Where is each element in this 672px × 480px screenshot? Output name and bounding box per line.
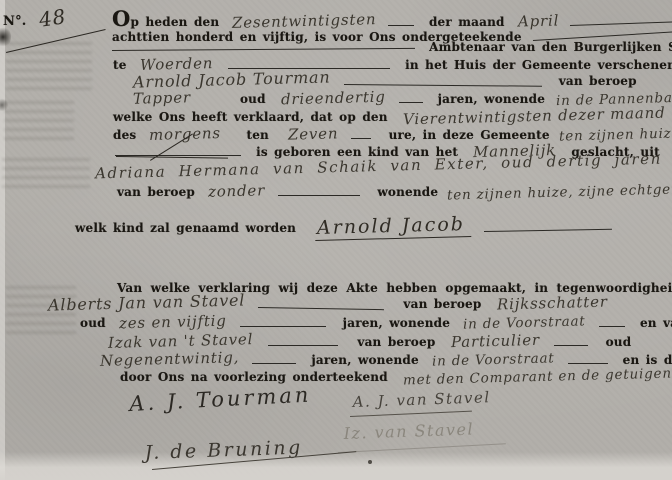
printed-text: oud (80, 316, 106, 330)
declarant-occupation-line: Tapper oud drieendertig jaren, wonende i… (133, 88, 672, 107)
printed-text: en van (640, 316, 672, 330)
blank-rule (399, 93, 423, 103)
blank-rule (599, 317, 625, 327)
printed-text: van beroep (403, 297, 481, 311)
blank-rule (252, 354, 296, 364)
printed-text: door Ons na voorlezing onderteekend (120, 370, 388, 384)
declarant-name-line: Arnold Jacob Tourman van beroep (133, 70, 637, 89)
bleed-through-mark (6, 38, 92, 96)
printed-text: jaren, wonende (438, 92, 545, 106)
blank-rule (115, 146, 241, 156)
child-name-handwritten: Arnold Jacob (315, 213, 472, 241)
blank-rule (554, 336, 588, 346)
blank-rule (344, 75, 542, 87)
handwritten-text: zonder (208, 181, 265, 200)
handwritten-text: ten zijnen huize, zijne echtgenoote (447, 181, 672, 204)
blank-rule (484, 220, 612, 232)
blank-rule (258, 298, 384, 310)
handwritten-text: met den Comparant en de getuigen (403, 365, 672, 388)
printed-text: welk kind zal genaamd worden (75, 221, 296, 235)
blank-rule (388, 16, 414, 26)
comparant-signature: A. J. Tourman (129, 382, 312, 416)
handwritten-text: Rijksschatter (496, 293, 607, 314)
printed-text: oud (606, 335, 632, 349)
act-number: N°. 48 (3, 6, 66, 30)
bleed-through-mark (2, 152, 90, 194)
printed-text: ten (246, 128, 269, 142)
printed-text: jaren, wonende (311, 353, 418, 367)
printed-text: van beroep (117, 185, 195, 199)
printed-text: van beroep (559, 74, 637, 88)
blank-rule (351, 129, 371, 139)
printed-text: jaren, wonende (343, 316, 450, 330)
birth-certificate-scan: N°. 48 Op heden den Zesentwintigsten der… (0, 0, 672, 480)
blank-rule (268, 336, 338, 346)
paper-bottom-edge (0, 452, 672, 480)
printed-text: van beroep (357, 335, 435, 349)
act-number-label: N°. (3, 14, 27, 29)
blank-rule (240, 317, 326, 327)
printed-text: ure, in deze Gemeente (389, 128, 550, 142)
closing-line: door Ons na voorlezing onderteekend met … (120, 366, 672, 385)
act-number-value: 48 (37, 4, 67, 32)
blank-rule (112, 39, 415, 51)
bleed-through-mark (4, 98, 74, 146)
printed-text: wonende (377, 185, 438, 199)
witness2-signature: Iz. van Stavel (343, 419, 474, 443)
official-title-line: Ambtenaar van den Burgerlijken Stand (112, 36, 672, 55)
witness2-name-line: Izak van 't Stavel van beroep Particulie… (108, 331, 631, 350)
signature-underline (350, 411, 472, 417)
blank-rule (568, 354, 608, 364)
ink-dot (368, 460, 372, 464)
witness1-name-line: Alberts Jan van Stavel van beroep Rijkss… (48, 293, 607, 312)
paper-left-edge (0, 0, 5, 480)
blank-rule (278, 186, 360, 196)
printed-text: te (113, 58, 127, 72)
declaration-date-line: welke Ons heeft verklaard, dat op den Vi… (113, 106, 665, 125)
printed-text: des (113, 128, 136, 142)
mother-name-line: Adriana Hermana van Schaik van Exter, ou… (95, 156, 662, 175)
handwritten-text: Tapper (133, 88, 191, 108)
witness1-details-line: oud zes en vijftig jaren, wonende in de … (80, 312, 672, 331)
handwritten-text: zes en vijftig (119, 312, 227, 333)
child-name-line: welk kind zal genaamd worden Arnold Jaco… (75, 215, 612, 239)
printed-text: welke Ons heeft verklaard, dat op den (113, 110, 388, 124)
handwritten-text: in de Voorstraat (463, 313, 586, 332)
printed-text: Ambtenaar van den Burgerlijken Stand (429, 40, 672, 54)
witness1-signature: A. J. van Stavel (352, 388, 491, 411)
printed-text: oud (240, 92, 266, 106)
mother-occupation-line: van beroep zonder wonende ten zijnen hui… (117, 181, 672, 200)
